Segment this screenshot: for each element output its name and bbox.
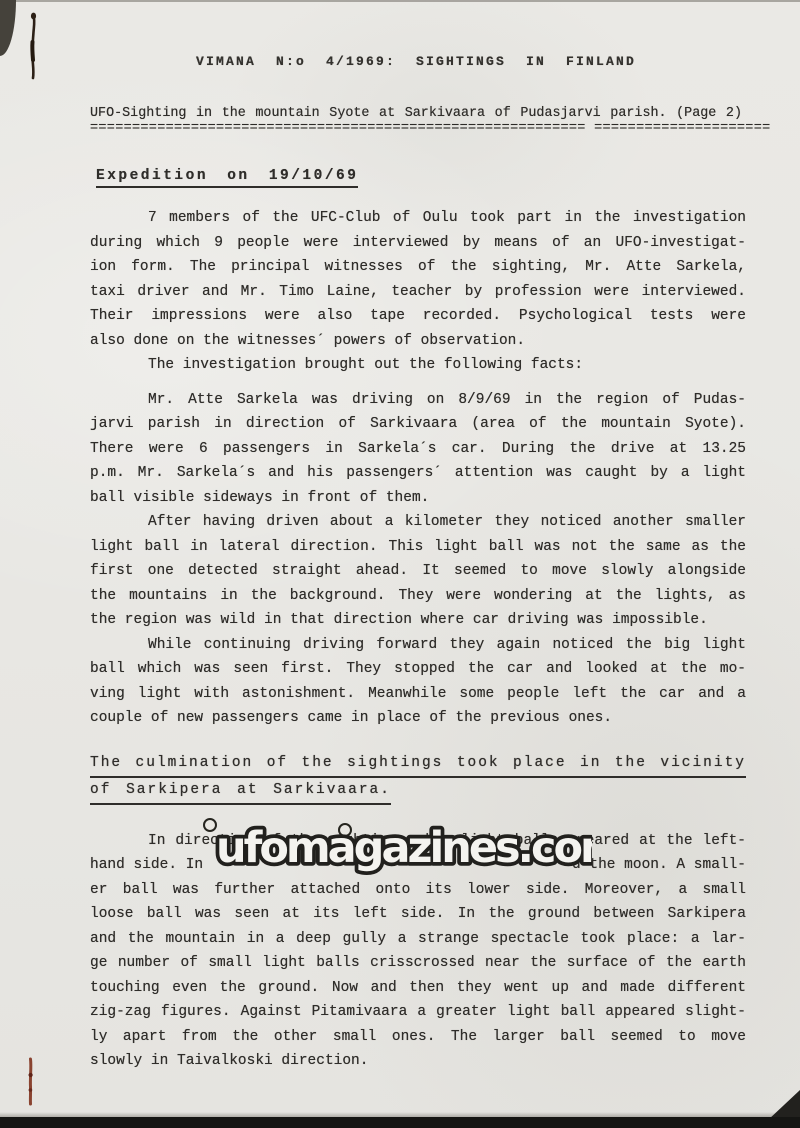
- text-line: light ball in lateral direction. This li…: [90, 535, 746, 560]
- text-line: the mountains in the background. They we…: [90, 584, 746, 609]
- text-line: 7 members of the UFC-Club of Oulu took p…: [90, 206, 746, 231]
- body-text-column: 7 members of the UFC-Club of Oulu took p…: [90, 206, 746, 1074]
- scan-top-edge: [0, 0, 800, 2]
- scan-edge-bottom: [0, 1117, 800, 1128]
- double-rule-divider: ========================================…: [90, 121, 750, 136]
- page-title: VIMANA N:o 4/1969: SIGHTINGS IN FINLAND: [196, 54, 636, 69]
- text-line: ving light with astonishment. Meanwhile …: [90, 682, 746, 707]
- text-line: slowly in Taivalkoski direction.: [90, 1049, 746, 1074]
- watermark-text: ufomagazines.com: [216, 823, 592, 873]
- text-line: The investigation brought out the follow…: [90, 353, 746, 378]
- text-line: and the mountain in a deep gully a stran…: [90, 927, 746, 952]
- text-line: during which 9 people were interviewed b…: [90, 231, 746, 256]
- text-line: couple of new passengers came in place o…: [90, 706, 746, 731]
- paragraph-second-light-ball: After having driven about a kilometer th…: [90, 510, 746, 633]
- section-heading-culmination-line2: of Sarkipera at Sarkivaara.: [90, 780, 391, 805]
- text-line: After having driven about a kilometer th…: [90, 510, 746, 535]
- text-line: ball visible sideways in front of them.: [90, 486, 746, 511]
- text-line: first one detected straight ahead. It se…: [90, 559, 746, 584]
- text-line: also done on the witnesses´ powers of ob…: [90, 329, 746, 354]
- text-line: ball which was seen first. They stopped …: [90, 657, 746, 682]
- red-pen-mark: [26, 1056, 38, 1108]
- text-fragment-right: d the moon. A small-: [572, 853, 746, 878]
- text-line: Their impressions were also tape recorde…: [90, 304, 746, 329]
- text-fragment-left: hand side. In: [90, 853, 203, 878]
- paragraph-investigation-team: 7 members of the UFC-Club of Oulu took p…: [90, 206, 746, 378]
- text-line: jarvi parish in direction of Sarkivaara …: [90, 412, 746, 437]
- text-line: p.m. Mr. Sarkela´s and his passengers´ a…: [90, 461, 746, 486]
- section-heading-expedition-text: Expedition on 19/10/69: [96, 168, 358, 188]
- text-line: loose ball was seen at its left side. In…: [90, 902, 746, 927]
- scanned-document-page: VIMANA N:o 4/1969: SIGHTINGS IN FINLAND …: [0, 0, 800, 1128]
- text-line: There were 6 passengers in Sarkela´s car…: [90, 437, 746, 462]
- text-line: touching even the ground. Now and then t…: [90, 976, 746, 1001]
- section-heading-expedition: Expedition on 19/10/69: [96, 166, 358, 188]
- text-line: While continuing driving forward they ag…: [90, 633, 746, 658]
- paragraph-stopped-car: While continuing driving forward they ag…: [90, 633, 746, 731]
- page-corner-curl: [0, 0, 16, 56]
- text-line: er ball was further attached onto its lo…: [90, 878, 746, 903]
- text-line: zig-zag figures. Against Pitamivaara a g…: [90, 1000, 746, 1025]
- text-line: ge number of small light balls crisscros…: [90, 951, 746, 976]
- text-line: the region was wild in that direction wh…: [90, 608, 746, 633]
- section-heading-culmination-line1: The culmination of the sightings took pl…: [90, 753, 746, 778]
- text-line: taxi driver and Mr. Timo Laine, teacher …: [90, 280, 746, 305]
- article-subtitle: UFO-Sighting in the mountain Syote at Sa…: [90, 106, 742, 121]
- staple-ink-mark: [28, 10, 42, 82]
- section-heading-culmination: The culmination of the sightings took pl…: [90, 753, 746, 805]
- text-line: Mr. Atte Sarkela was driving on 8/9/69 i…: [90, 388, 746, 413]
- watermark: ufomagazines.com: [212, 818, 592, 880]
- text-line: ly apart from the other small ones. The …: [90, 1025, 746, 1050]
- paragraph-sighting-drive: Mr. Atte Sarkela was driving on 8/9/69 i…: [90, 388, 746, 511]
- text-line: ion form. The principal witnesses of the…: [90, 255, 746, 280]
